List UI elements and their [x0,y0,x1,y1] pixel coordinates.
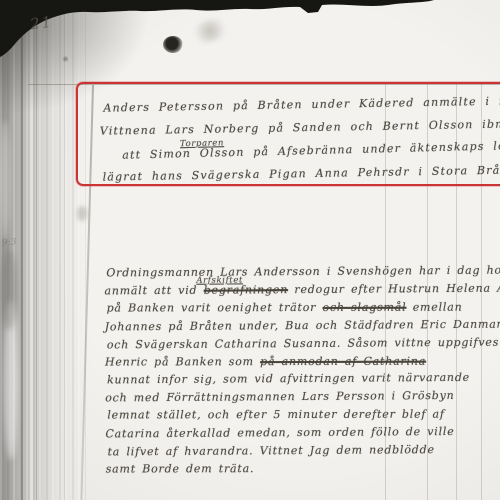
handwritten-text: och med Förrättningsmannen Lars Persson … [105,389,454,404]
struck-text: och slagsmål [323,301,407,314]
manuscript-line: anmält att vid begrafningen redogur efte… [104,280,500,301]
manuscript-line: samt Borde dem träta. [106,459,500,478]
manuscript-line: lemnat stället, och efter 5 minuter dere… [107,406,500,425]
handwritten-text: anmält att vid [104,284,203,298]
paper-shadow-patch [0,250,18,330]
handwritten-text: Catarina återkallad emedan, som orden fö… [105,425,454,440]
manuscript-line: ta lifvet af hvarandra. Vittnet Jag dem … [108,441,500,462]
manuscript-line: Henric på Banken som på anmodan af Catha… [105,352,500,371]
handwritten-text: samt Borde dem träta. [106,462,255,475]
paper-highlight-patch [0,120,10,240]
handwritten-text: Henric på Banken som [105,355,260,368]
manuscript-line: och Svägerskan Catharina Susanna. Såsom … [107,333,500,354]
handwritten-text: lemnat stället, och efter 5 minuter dere… [107,408,445,422]
manuscript-line: och med Förrättningsmannen Lars Persson … [105,387,500,408]
margin-mark: 9:3 [2,238,17,249]
scan-top-edge [0,0,500,60]
red-highlight-box [76,82,500,186]
ink-smudge-small [77,206,87,221]
manuscript-line: på Banken varit oenighet trätor och slag… [107,298,500,317]
handwritten-text: redogur efter Hustrun Helena Andersdr [288,281,500,296]
page-number: 21 [29,13,54,34]
ink-blot [163,36,183,53]
handwritten-text: på Banken varit oenighet trätor [107,301,323,315]
handwritten-text: Ordningsmannen Lars Andersson i Svenshög… [106,263,500,279]
inserted-word: Arfskiftet [196,272,243,290]
manuscript-scan: 21 9:3 Anders Petersson på Bråten under … [0,0,500,500]
handwritten-text: och Svägerskan Catharina Susanna. Såsom … [107,335,499,351]
handwritten-text: emellan [406,300,462,313]
handwritten-text: kunnat infor sig, som vid afvittringen v… [107,371,470,387]
struck-text: på anmodan af Catharina [260,354,426,367]
handwritten-text: Johannes på Bråten under, Bua och Städfa… [105,317,500,333]
handwritten-text: ta lifvet af hvarandra. Vittnet Jag dem … [108,443,435,458]
ink-dot [62,56,69,62]
body-entry-text: Ordningsmannen Lars Andersson i Svenshög… [104,262,500,480]
